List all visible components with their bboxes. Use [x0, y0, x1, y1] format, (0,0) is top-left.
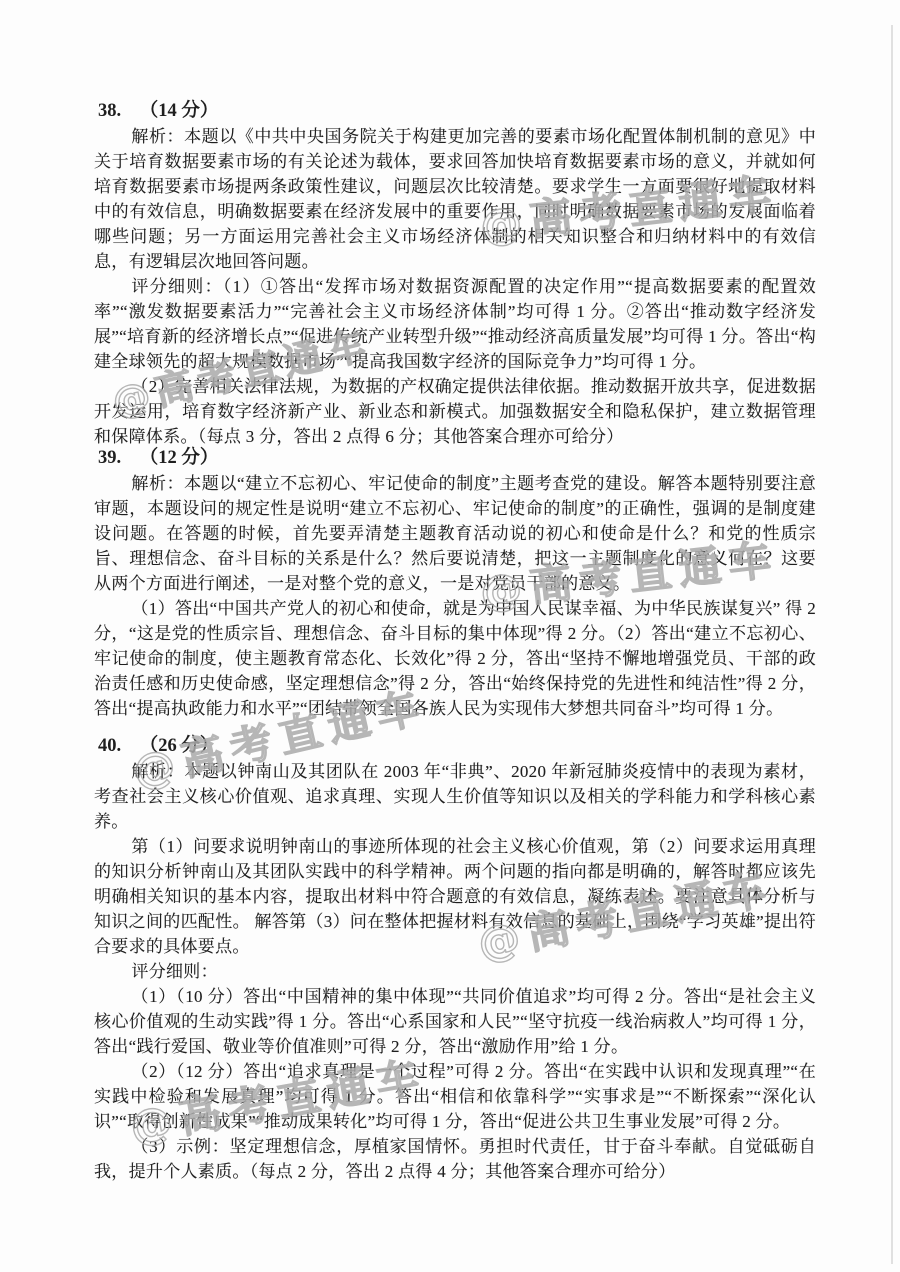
rubric-paragraph: （1）答出“中国共产党人的初心和使命，就是为中国人民谋幸福、为中华民族谋复兴” …: [94, 596, 816, 721]
scanned-answer-key-page: @高考直通车 @高考直通车 @高考直通车 @高考直通车 @高考直通车 @高考直通…: [0, 0, 900, 1272]
question-points: （26 分）: [140, 736, 219, 756]
question-number: 40.: [98, 736, 121, 756]
analysis-paragraph: 解析：本题以钟南山及其团队在 2003 年“非典”、2020 年新冠肺炎疫情中的…: [94, 759, 816, 834]
section-question-38: 38. （14 分） 解析：本题以《中共中央国务院关于构建更加完善的要素市场化配…: [94, 98, 816, 449]
question-heading: 40. （26 分）: [94, 733, 816, 759]
rubric-label: 评分细则：: [94, 959, 816, 984]
question-heading: 39. （12 分）: [94, 445, 816, 471]
section-question-40: 40. （26 分） 解析：本题以钟南山及其团队在 2003 年“非典”、202…: [94, 733, 816, 1184]
rubric-paragraph: （2）（12 分）答出“追求真理是一个过程”可得 2 分。答出“在实践中认识和发…: [94, 1059, 816, 1134]
question-points: （12 分）: [140, 448, 219, 468]
section-question-39: 39. （12 分） 解析：本题以“建立不忘初心、牢记使命的制度”主题考查党的建…: [94, 445, 816, 721]
question-number: 39.: [98, 448, 121, 468]
question-points: （14 分）: [140, 101, 219, 121]
question-number: 38.: [98, 101, 121, 121]
answer-point-paragraph: （3）示例：坚定理想信念，厚植家国情怀。勇担时代责任，甘于奋斗奉献。自觉砥砺自我…: [94, 1134, 816, 1184]
question-heading: 38. （14 分）: [94, 98, 816, 124]
rubric-paragraph: （1）（10 分）答出“中国精神的集中体现”“共同价值追求”均可得 2 分。答出…: [94, 984, 816, 1059]
answer-point-paragraph: （2）完善相关法律法规，为数据的产权确定提供法律依据。推动数据开放共享，促进数据…: [94, 374, 816, 449]
analysis-paragraph: 解析：本题以“建立不忘初心、牢记使命的制度”主题考查党的建设。解答本题特别要注意…: [94, 471, 816, 596]
analysis-paragraph: 解析：本题以《中共中央国务院关于构建更加完善的要素市场化配置体制机制的意见》中关…: [94, 124, 816, 274]
analysis-paragraph: 第（1）问要求说明钟南山的事迹所体现的社会主义核心价值观，第（2）问要求运用真理…: [94, 834, 816, 959]
rubric-paragraph: 评分细则：（1）①答出“发挥市场对数据资源配置的决定作用”“提高数据要素的配置效…: [94, 274, 816, 374]
scan-edge-artifact: [891, 25, 893, 1264]
